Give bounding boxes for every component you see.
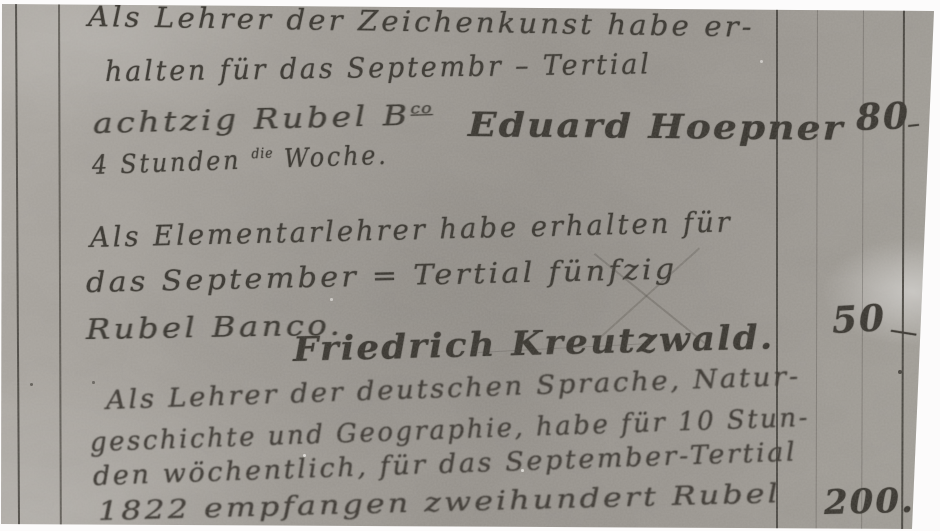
dust-speck	[760, 60, 763, 63]
handwritten-line: achtzig Rubel Bco	[93, 101, 434, 138]
handwritten-line: halten für das Septembr – Tertial	[105, 50, 652, 86]
hours-text: Woche.	[284, 141, 389, 175]
amount-dash: —	[888, 315, 923, 348]
ink-speck	[92, 381, 95, 384]
column-rule-left-inner	[58, 0, 61, 531]
column-rule-amount	[901, 0, 905, 531]
ledger-page-photo: Als Lehrer der Zeichenkunst habe er- hal…	[0, 0, 940, 531]
ink-speck	[30, 383, 33, 386]
column-rule-left-outer	[15, 0, 20, 531]
amount-value: 50	[831, 300, 887, 339]
hours-text: 4 Stunden	[91, 146, 241, 181]
handwritten-line: Als Elementarlehrer habe erhalten für	[90, 208, 733, 252]
amount-dash: –	[912, 494, 929, 519]
amount-dash: –	[906, 110, 925, 138]
signature-hoepner: Eduard Hoepner	[468, 108, 845, 146]
handwritten-line: das September = Tertial fünfzig	[86, 256, 678, 297]
handwritten-line: Als Lehrer der Zeichenkunst habe er-	[88, 3, 755, 41]
amount-value: 200.	[824, 484, 916, 520]
amount-value: 80	[855, 98, 910, 136]
signature-kreutzwald: Friedrich Kreutzwald.	[293, 320, 775, 367]
photo-scan: Als Lehrer der Zeichenkunst habe er- hal…	[0, 0, 940, 531]
inserted-word: die	[251, 146, 274, 163]
column-rule-faint-2	[861, 0, 864, 531]
handwritten-line: 4 Stunden die Woche.	[92, 143, 389, 179]
amount-in-words: achtzig Rubel B	[93, 99, 411, 140]
dust-speck	[330, 298, 333, 301]
banco-superscript: co	[410, 100, 433, 118]
column-rule-faint-1	[816, 0, 819, 531]
